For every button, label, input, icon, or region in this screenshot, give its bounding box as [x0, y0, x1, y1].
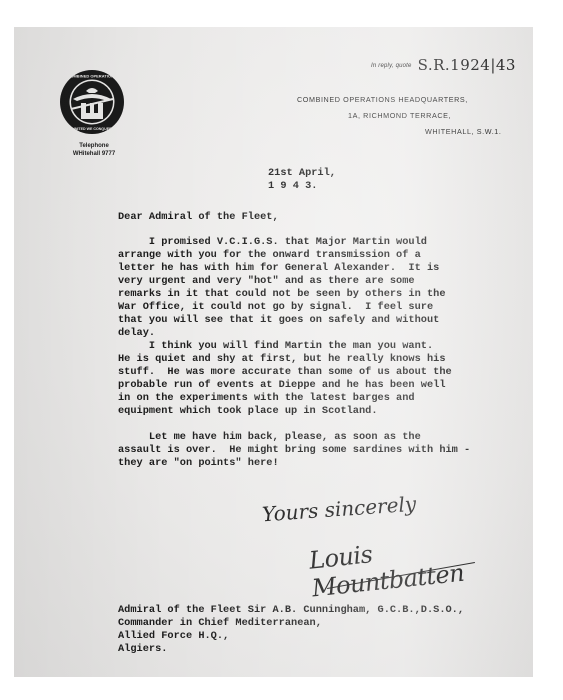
address-line-1: COMBINED OPERATIONS HEADQUARTERS,	[297, 95, 468, 104]
body-paragraph-1: I promised V.C.I.G.S. that Major Martin …	[118, 236, 446, 340]
address-line-2: 1A, RICHMOND TERRACE,	[348, 111, 451, 120]
telephone-label: Telephone	[54, 142, 134, 150]
body-paragraph-3: Let me have him back, please, as soon as…	[118, 431, 470, 470]
address-line-3: WHITEHALL, S.W.1.	[425, 127, 502, 136]
recipient-address: Admiral of the Fleet Sir A.B. Cunningham…	[118, 604, 464, 656]
letter-page: COMBINED OPERATIONS UNITED WE CONQUER Te…	[14, 27, 533, 677]
reply-reference-number: S.R.1924|43	[418, 56, 516, 74]
svg-text:UNITED WE CONQUER: UNITED WE CONQUER	[72, 127, 112, 131]
reply-label: In reply, quote	[371, 63, 412, 69]
telephone-number: WHitehall 9777	[54, 150, 134, 158]
handwritten-signature: Louis Mountbatten	[308, 523, 536, 602]
salutation: Dear Admiral of the Fleet,	[118, 211, 279, 224]
letter-date: 21st April,1 9 4 3.	[268, 167, 336, 193]
telephone-block: Telephone WHitehall 9777	[54, 142, 134, 158]
combined-operations-emblem-icon: COMBINED OPERATIONS UNITED WE CONQUER	[59, 69, 125, 135]
handwritten-closing: Yours sincerely	[261, 492, 417, 527]
date-day-month: 21st April,	[268, 167, 336, 180]
reply-reference: In reply, quoteS.R.1924|43	[371, 56, 516, 74]
date-year: 1 9 4 3.	[268, 180, 336, 193]
svg-text:COMBINED OPERATIONS: COMBINED OPERATIONS	[67, 74, 116, 79]
body-paragraph-2: I think you will find Martin the man you…	[118, 340, 452, 418]
